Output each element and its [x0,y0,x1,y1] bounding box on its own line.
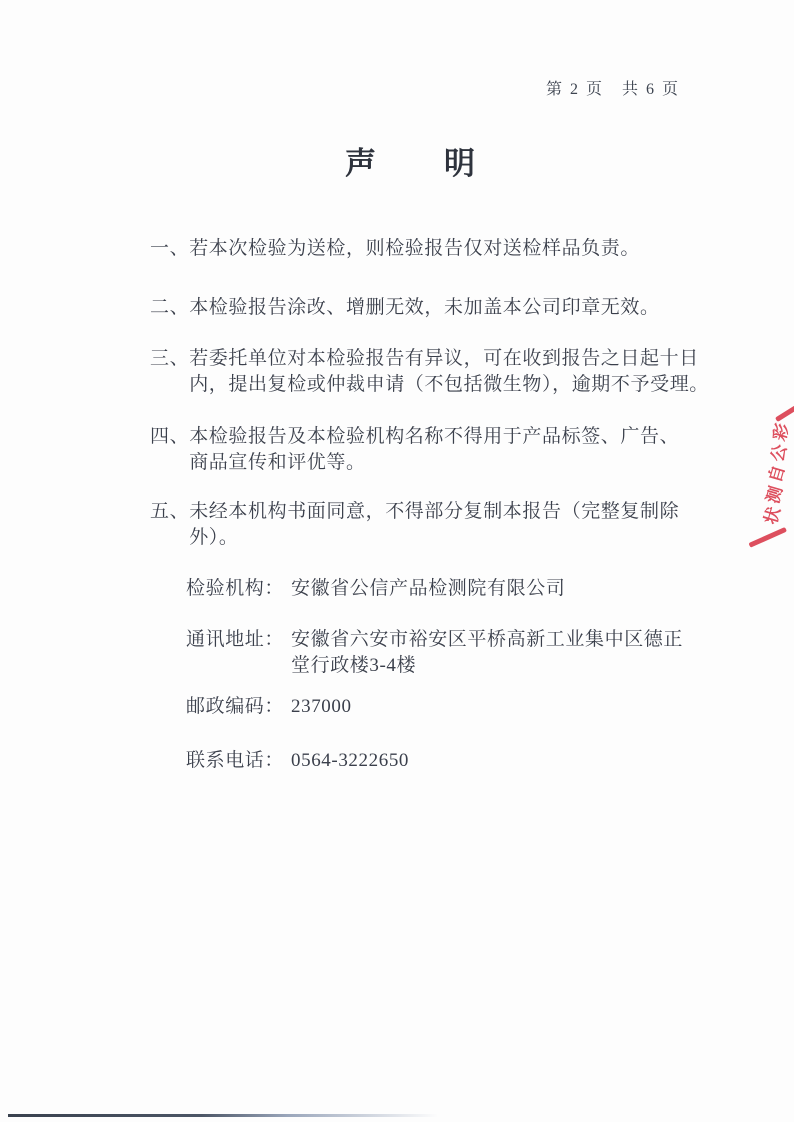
scanned-report-page: 第 2 页 共 6 页 声 明 一、 若本次检验为送检，则检验报告仅对送检样品负… [0,0,794,1122]
item-line: 外）。 [189,525,679,551]
contact-label: 检验机构： [186,576,291,602]
item-text: 未经本机构书面同意，不得部分复制本报告（完整复制除 外）。 [189,499,679,551]
contact-row-agency: 检验机构： 安徽省公信产品检测院有限公司 [186,576,565,602]
item-number: 五、 [150,499,189,525]
contact-value: 237000 [291,694,352,720]
statement-item-1: 一、 若本次检验为送检，则检验报告仅对送检样品负责。 [150,236,640,262]
contact-label: 通讯地址： [186,627,291,653]
statement-item-5: 五、 未经本机构书面同意，不得部分复制本报告（完整复制除 外）。 [150,499,679,551]
item-number: 二、 [150,295,189,321]
contact-row-address: 通讯地址： 安徽省六安市裕安区平桥高新工业集中区德正 堂行政楼3-4楼 [186,627,683,679]
item-line: 本检验报告及本检验机构名称不得用于产品标签、广告、 [189,424,679,450]
item-line: 本检验报告涂改、增删无效，未加盖本公司印章无效。 [189,295,659,321]
item-number: 三、 [150,346,189,372]
contact-row-postcode: 邮政编码： 237000 [186,694,352,720]
item-number: 四、 [150,424,189,450]
item-line: 商品宣传和评优等。 [189,450,679,476]
contact-line: 堂行政楼3-4楼 [291,653,683,679]
scan-artifact-line [8,1114,438,1117]
stamp-character: 彩 [769,421,794,443]
stamp-characters: 彩 公 自 测 状 [763,421,791,527]
item-text: 本检验报告涂改、增删无效，未加盖本公司印章无效。 [189,295,659,321]
item-text: 若本次检验为送检，则检验报告仅对送检样品负责。 [189,236,640,262]
stamp-stroke-icon [775,397,794,422]
stamp-character: 测 [762,484,787,506]
stamp-character: 自 [764,463,789,485]
statement-item-2: 二、 本检验报告涂改、增删无效，未加盖本公司印章无效。 [150,295,660,321]
contact-label: 邮政编码： [186,694,291,720]
item-text: 本检验报告及本检验机构名称不得用于产品标签、广告、 商品宣传和评优等。 [189,424,679,476]
stamp-stroke-icon [748,527,787,548]
contact-value: 安徽省六安市裕安区平桥高新工业集中区德正 堂行政楼3-4楼 [291,627,683,679]
page-title: 声 明 [0,138,794,183]
red-stamp-partial: 彩 公 自 测 状 [746,396,794,561]
page-number-indicator: 第 2 页 共 6 页 [546,76,680,99]
item-text: 若委托单位对本检验报告有异议，可在收到报告之日起十日 内，提出复检或仲裁申请（不… [189,346,709,398]
stamp-character: 公 [767,442,792,464]
contact-label: 联系电话： [186,748,291,774]
contact-row-phone: 联系电话： 0564-3222650 [186,748,409,774]
item-line: 若本次检验为送检，则检验报告仅对送检样品负责。 [189,236,640,262]
contact-line: 237000 [291,694,352,720]
item-line: 内，提出复检或仲裁申请（不包括微生物），逾期不予受理。 [189,372,709,398]
statement-item-3: 三、 若委托单位对本检验报告有异议，可在收到报告之日起十日 内，提出复检或仲裁申… [150,346,709,398]
contact-line: 安徽省六安市裕安区平桥高新工业集中区德正 [291,627,683,653]
contact-value: 安徽省公信产品检测院有限公司 [291,576,565,602]
contact-line: 0564-3222650 [291,748,409,774]
contact-line: 安徽省公信产品检测院有限公司 [291,576,565,602]
contact-value: 0564-3222650 [291,748,409,774]
item-number: 一、 [150,236,189,262]
item-line: 若委托单位对本检验报告有异议，可在收到报告之日起十日 [189,346,709,372]
stamp-character: 状 [760,505,785,527]
statement-item-4: 四、 本检验报告及本检验机构名称不得用于产品标签、广告、 商品宣传和评优等。 [150,424,679,476]
item-line: 未经本机构书面同意，不得部分复制本报告（完整复制除 [189,499,679,525]
